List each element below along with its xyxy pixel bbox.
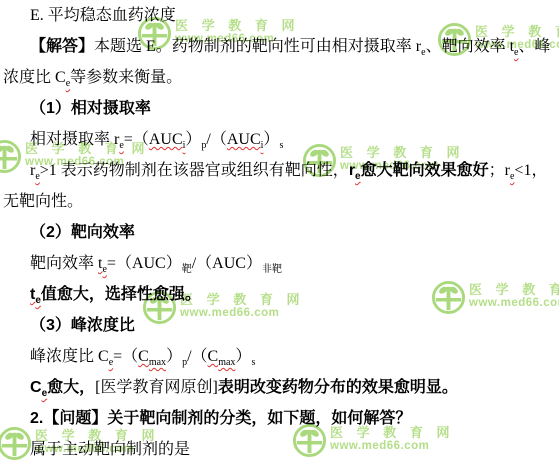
text-line: te值愈大，选择性愈强。 (3, 279, 556, 310)
document-page: { "watermark": { "site_name": "医 学 教 育 网… (0, 0, 559, 465)
text-segment: AUC (227, 131, 261, 148)
text-segment: 愈大， (47, 379, 95, 396)
text-line: （1）相对摄取率 (3, 93, 556, 124)
text-segment: 无靶向性。 (3, 193, 83, 210)
text-segment: ） (185, 131, 201, 148)
text-segment: ；r (489, 162, 510, 179)
text-line: （2）靶向效率 (3, 217, 556, 248)
text-segment: 【解答】 (30, 38, 94, 55)
text-line: 2.【问题】关于靶向制剂的分类，如下题，如何解答？ (3, 403, 556, 434)
text-line: 无靶向性。 (3, 186, 556, 217)
text-segment: 属于主动靶向制剂的是 (30, 441, 190, 458)
text-segment: 相对摄取率 r (30, 131, 119, 148)
text-segment: ） (263, 131, 279, 148)
text-segment: /（ (187, 348, 207, 365)
text-segment: （2）靶向效率 (30, 224, 135, 241)
subscript-text: 靶 (182, 264, 192, 275)
text-segment: 等参数来衡量。 (70, 69, 182, 86)
text-segment: ） (235, 348, 251, 365)
text-segment: =（ (124, 131, 149, 148)
text-segment: 本题选 E。药物制剂的靶向性可由相对摄取率 r (94, 38, 421, 55)
text-segment: >1 表示药物制剂在该器官或组织有靶向性， (40, 162, 349, 179)
text-segment: C (138, 348, 149, 365)
text-segment: （1）相对摄取率 (30, 100, 151, 117)
text-line: 峰浓度比 Ce=（Cmax）p/（Cmax）s (3, 341, 556, 372)
text-line: 靶向效率 te=（AUC）靶/（AUC）非靶 (3, 248, 556, 279)
text-line: 相对摄取率 re=（AUCi）p/（AUCi）s (3, 124, 556, 155)
text-segment: 值愈大，选择性愈强。 (41, 286, 201, 303)
text-segment: 愈大靶向效果愈好 (361, 162, 489, 179)
text-line: 【解答】本题选 E。药物制剂的靶向性可由相对摄取率 re、靶向效率 te、峰 (3, 31, 556, 62)
text-segment: 2.【问题】关于靶向制剂的分类，如下题，如何解答？ (30, 410, 411, 427)
text-segment: /（ (206, 131, 226, 148)
text-segment: C (30, 379, 42, 396)
text-segment: AUC (149, 131, 183, 148)
text-line: re>1 表示药物制剂在该器官或组织有靶向性，re愈大靶向效果愈好；re<1， (3, 155, 556, 186)
text-line: （3）峰浓度比 (3, 310, 556, 341)
text-line: Ce愈大，[医学教育网原创]表明改变药物分布的效果愈明显。 (3, 372, 556, 403)
subscript-text: max (149, 357, 166, 368)
document-body: E. 平均稳态血药浓度【解答】本题选 E。药物制剂的靶向性可由相对摄取率 re、… (3, 0, 556, 465)
text-segment: 靶向效率 (30, 255, 98, 272)
text-segment: [医学教育网原创] (95, 379, 218, 396)
text-segment: 浓度比 C (3, 69, 66, 86)
text-segment: E. 平均稳态血药浓度 (30, 7, 176, 24)
text-segment: 表明改变药物分布的效果愈明显。 (218, 379, 458, 396)
subscript-text: s (279, 140, 283, 151)
text-line: 浓度比 Ce等参数来衡量。 (3, 62, 556, 93)
text-segment: 峰浓度比 C (30, 348, 109, 365)
text-segment: <1， (514, 162, 547, 179)
text-segment: （3）峰浓度比 (30, 317, 135, 334)
text-segment: =（ (113, 348, 138, 365)
text-segment: C (208, 348, 219, 365)
text-line: 属于主动靶向制剂的是 (3, 434, 556, 465)
subscript-text: max (218, 357, 235, 368)
text-segment: /（AUC） (192, 255, 262, 272)
text-segment: 、靶向效率 t (426, 38, 514, 55)
text-segment: ） (166, 348, 182, 365)
subscript-text: 非靶 (262, 264, 282, 275)
text-segment: 、峰 (518, 38, 550, 55)
subscript-text: s (251, 357, 255, 368)
text-line: E. 平均稳态血药浓度 (3, 0, 556, 31)
text-segment: =（AUC） (107, 255, 182, 272)
